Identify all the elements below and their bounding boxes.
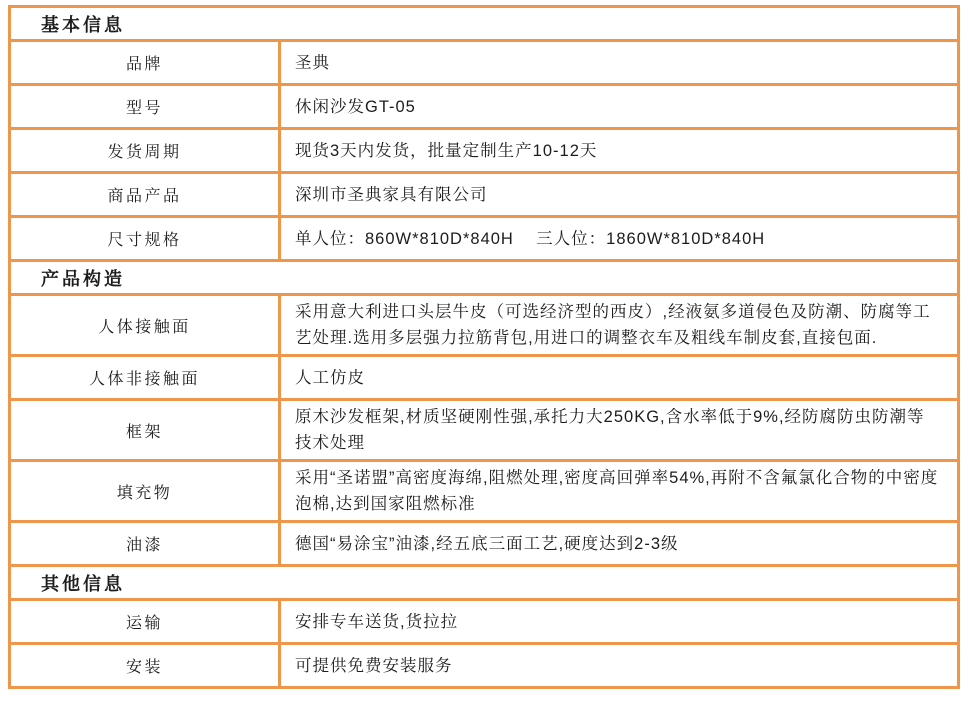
row-label: 人体接触面 — [11, 296, 278, 354]
row-label: 安装 — [11, 645, 278, 686]
section-title: 其他信息 — [11, 567, 957, 598]
table-row-company: 商品产品 深圳市圣典家具有限公司 — [11, 174, 957, 215]
row-value: 安排专车送货,货拉拉 — [281, 601, 957, 642]
row-label: 发货周期 — [11, 130, 278, 171]
row-label: 品牌 — [11, 42, 278, 83]
section-header-other-info: 其他信息 — [11, 567, 957, 598]
table-row-installation: 安装 可提供免费安装服务 — [11, 645, 957, 686]
row-value: 原木沙发框架,材质坚硬刚性强,承托力大250KG,含水率低于9%,经防腐防虫防潮… — [281, 401, 957, 459]
section-title: 基本信息 — [11, 8, 957, 39]
row-value: 现货3天内发货，批量定制生产10-12天 — [281, 130, 957, 171]
row-label: 型号 — [11, 86, 278, 127]
row-value: 采用“圣诺盟”高密度海绵,阻燃处理,密度高回弹率54%,再附不含氟氯化合物的中密… — [281, 462, 957, 520]
section-title: 产品构造 — [11, 262, 957, 293]
table-row-filling: 填充物 采用“圣诺盟”高密度海绵,阻燃处理,密度高回弹率54%,再附不含氟氯化合… — [11, 462, 957, 520]
row-value: 休闲沙发GT-05 — [281, 86, 957, 127]
row-label: 填充物 — [11, 462, 278, 520]
row-label: 油漆 — [11, 523, 278, 564]
row-label: 框架 — [11, 401, 278, 459]
table-row-brand: 品牌 圣典 — [11, 42, 957, 83]
row-label: 人体非接触面 — [11, 357, 278, 398]
row-label: 运输 — [11, 601, 278, 642]
product-spec-table: 基本信息 品牌 圣典 型号 休闲沙发GT-05 发货周期 现货3天内发货，批量定… — [8, 5, 960, 689]
table-row-non-contact-surface: 人体非接触面 人工仿皮 — [11, 357, 957, 398]
section-header-construction: 产品构造 — [11, 262, 957, 293]
table-row-contact-surface: 人体接触面 采用意大利进口头层牛皮（可选经济型的西皮）,经液氨多道侵色及防潮、防… — [11, 296, 957, 354]
row-label: 商品产品 — [11, 174, 278, 215]
row-value: 可提供免费安装服务 — [281, 645, 957, 686]
table-row-shipping: 运输 安排专车送货,货拉拉 — [11, 601, 957, 642]
table-row-delivery-period: 发货周期 现货3天内发货，批量定制生产10-12天 — [11, 130, 957, 171]
table-row-dimensions: 尺寸规格 单人位：860W*810D*840H 三人位：1860W*810D*8… — [11, 218, 957, 259]
row-value: 德国“易涂宝”油漆,经五底三面工艺,硬度达到2-3级 — [281, 523, 957, 564]
row-value: 采用意大利进口头层牛皮（可选经济型的西皮）,经液氨多道侵色及防潮、防腐等工艺处理… — [281, 296, 957, 354]
row-value: 圣典 — [281, 42, 957, 83]
row-value: 单人位：860W*810D*840H 三人位：1860W*810D*840H — [281, 218, 957, 259]
table-row-frame: 框架 原木沙发框架,材质坚硬刚性强,承托力大250KG,含水率低于9%,经防腐防… — [11, 401, 957, 459]
table-row-model: 型号 休闲沙发GT-05 — [11, 86, 957, 127]
row-label: 尺寸规格 — [11, 218, 278, 259]
row-value: 人工仿皮 — [281, 357, 957, 398]
row-value: 深圳市圣典家具有限公司 — [281, 174, 957, 215]
section-header-basic-info: 基本信息 — [11, 8, 957, 39]
table-row-paint: 油漆 德国“易涂宝”油漆,经五底三面工艺,硬度达到2-3级 — [11, 523, 957, 564]
